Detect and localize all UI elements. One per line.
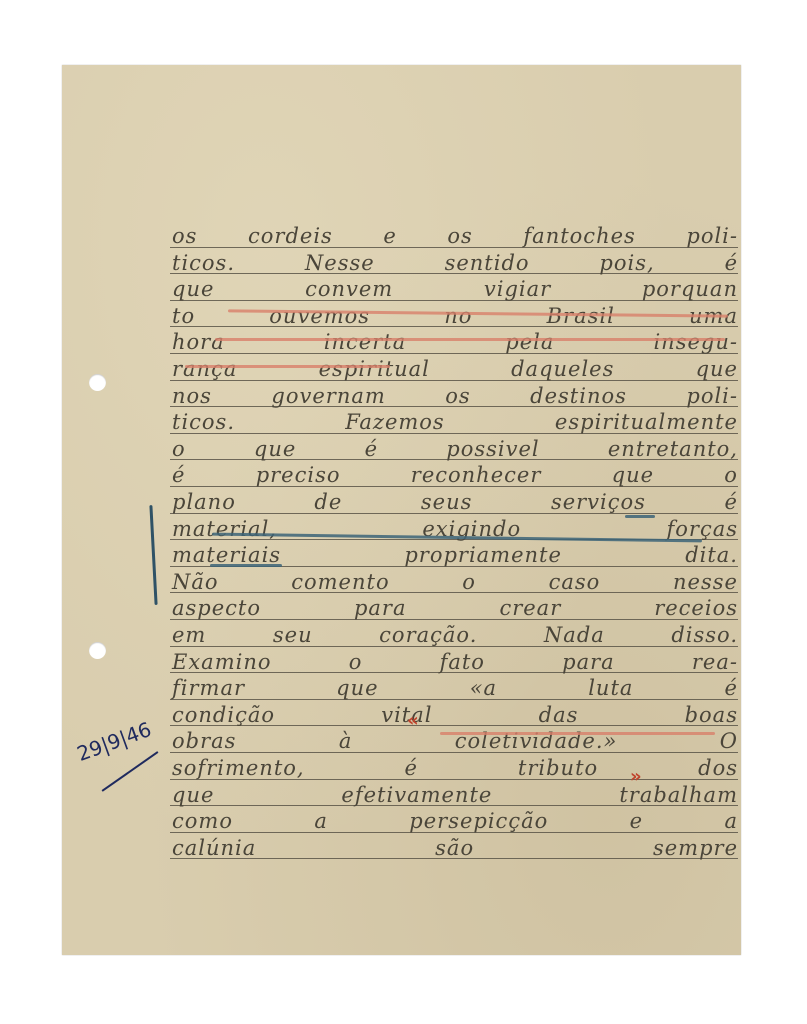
word: que	[172, 277, 214, 301]
word: O	[720, 729, 738, 753]
word: é	[725, 490, 738, 514]
word: aspecto	[172, 596, 261, 620]
word: rea-	[692, 650, 738, 674]
word: serviços	[551, 490, 646, 514]
red-close-quote-mark: »	[630, 766, 642, 787]
word: pela	[505, 330, 554, 354]
word: para	[354, 596, 407, 620]
word: é	[725, 676, 738, 700]
word: firmar	[172, 676, 245, 700]
word: destinos	[530, 384, 627, 408]
word: das	[539, 703, 579, 727]
word: espiritual	[319, 357, 430, 381]
word: persepicção	[409, 809, 548, 833]
word: o	[349, 650, 363, 674]
text-line: Examinoofatopararea-	[172, 648, 738, 674]
word: seus	[421, 490, 473, 514]
word: entretanto,	[608, 437, 738, 461]
word: é	[725, 251, 738, 275]
word: insegu-	[653, 330, 738, 354]
word: que	[336, 676, 378, 700]
word: Não	[172, 570, 219, 594]
red-underline-3	[185, 365, 390, 368]
word: sentido	[445, 251, 530, 275]
word: convem	[305, 277, 393, 301]
word: nos	[172, 384, 212, 408]
text-line: éprecisoreconhecerqueo	[172, 461, 738, 487]
word: receios	[654, 596, 738, 620]
word: obras	[172, 729, 236, 753]
word: seu	[273, 623, 313, 647]
text-line: comoapersepicçãoea	[172, 807, 738, 833]
text-line: queefetivamentetrabalham	[172, 781, 738, 807]
word: que	[612, 463, 654, 487]
word: coração.	[379, 623, 477, 647]
word: tributo	[518, 756, 598, 780]
word: condição	[172, 703, 275, 727]
word: fantoches	[523, 224, 635, 248]
word: poli-	[686, 224, 738, 248]
word: crear	[499, 596, 561, 620]
word: plano	[172, 490, 236, 514]
word: «a	[470, 676, 497, 700]
word: hora	[172, 330, 225, 354]
word: sempre	[653, 836, 738, 860]
word: possivel	[446, 437, 539, 461]
word: incerta	[324, 330, 406, 354]
text-line: firmarque«alutaé	[172, 674, 738, 700]
word: que	[254, 437, 296, 461]
word: propriamente	[404, 543, 562, 567]
word: disso.	[671, 623, 738, 647]
word: Nada	[544, 623, 605, 647]
word: poli-	[686, 384, 738, 408]
word: sofrimento,	[172, 756, 305, 780]
word: os	[445, 384, 470, 408]
word: calúnia	[172, 836, 256, 860]
red-underline-2	[215, 338, 725, 341]
word: espiritualmente	[555, 410, 738, 434]
punch-hole-top	[89, 374, 106, 391]
word: a	[314, 809, 328, 833]
text-line: nosgovernamosdestinospoli-	[172, 382, 738, 408]
word: boas	[685, 703, 738, 727]
text-line: oscordeiseosfantochespoli-	[172, 222, 738, 248]
word: é	[172, 463, 185, 487]
text-line: oqueépossivelentretanto,	[172, 435, 738, 461]
word: de	[314, 490, 342, 514]
word: preciso	[256, 463, 341, 487]
red-open-quote-mark: «	[407, 710, 419, 731]
word: a	[724, 809, 738, 833]
word: ticos.	[172, 410, 235, 434]
word: daqueles	[511, 357, 614, 381]
word: que	[172, 783, 214, 807]
word: nesse	[673, 570, 738, 594]
word: reconhecer	[411, 463, 542, 487]
word: luta	[588, 676, 633, 700]
text-line: aspectoparacrearreceios	[172, 594, 738, 620]
word: como	[172, 809, 233, 833]
text-line: queconvemvigiarporquan	[172, 275, 738, 301]
word: o	[724, 463, 738, 487]
word: no	[444, 304, 472, 328]
blue-underline-2	[210, 564, 282, 567]
word: vigiar	[484, 277, 551, 301]
word: e	[630, 809, 643, 833]
word: à	[339, 729, 353, 753]
text-line: horaincertapelainsegu-	[172, 328, 738, 354]
word: que	[696, 357, 738, 381]
text-line: sofrimento,étributodos	[172, 754, 738, 780]
blue-mark-e	[625, 515, 655, 518]
word: Fazemos	[345, 410, 445, 434]
word: o	[462, 570, 476, 594]
word: rança	[172, 357, 237, 381]
word: to	[172, 304, 195, 328]
word: material,	[172, 517, 277, 541]
word: são	[435, 836, 474, 860]
text-line: Nãocomentoocasonesse	[172, 568, 738, 594]
word: dita.	[685, 543, 738, 567]
text-line: calúniasãosempre	[172, 834, 738, 860]
word: governam	[271, 384, 385, 408]
word: caso	[549, 570, 601, 594]
word: o	[172, 437, 186, 461]
text-line: condiçãovitaldasboas	[172, 701, 738, 727]
word: comento	[291, 570, 389, 594]
word: os	[447, 224, 472, 248]
word: ticos.	[172, 251, 235, 275]
word: dos	[698, 756, 738, 780]
word: Examino	[172, 650, 272, 674]
word: em	[172, 623, 206, 647]
text-line: planodeseusserviçosé	[172, 488, 738, 514]
text-line: ticos.Nessesentidopois,é	[172, 249, 738, 275]
word: cordeis	[248, 224, 333, 248]
word: efetivamente	[341, 783, 492, 807]
text-line: rançaespiritualdaquelesque	[172, 355, 738, 381]
word: e	[383, 224, 396, 248]
text-line: emseucoração.Nadadisso.	[172, 621, 738, 647]
punch-hole-bottom	[89, 642, 106, 659]
text-line: ticos.Fazemosespiritualmente	[172, 408, 738, 434]
word: é	[365, 437, 378, 461]
word: fato	[440, 650, 485, 674]
word: os	[172, 224, 197, 248]
word: porquan	[642, 277, 738, 301]
word: para	[562, 650, 615, 674]
word: forças	[666, 517, 738, 541]
word: Nesse	[305, 251, 375, 275]
word: é	[405, 756, 418, 780]
word: pois,	[599, 251, 654, 275]
word: ouvemos	[269, 304, 370, 328]
red-underline-4	[440, 732, 715, 735]
